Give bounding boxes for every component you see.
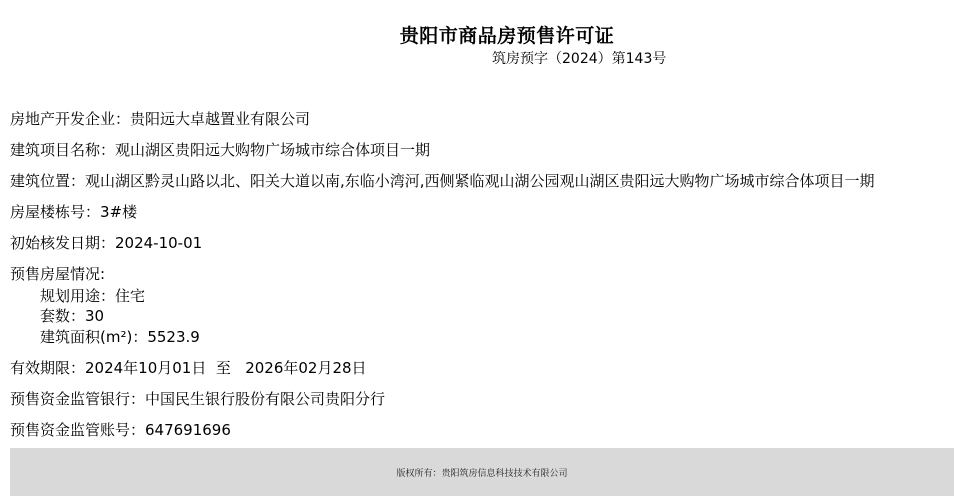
account-field: 预售资金监管账号：647691696 — [10, 419, 231, 440]
copyright-text: 版权所有：贵阳筑房信息科技技术有限公司 — [396, 466, 567, 479]
footer: 版权所有：贵阳筑房信息科技技术有限公司 — [10, 448, 954, 496]
permit-number: 筑房预字（2024）第143号 — [492, 48, 666, 68]
validity-field: 有效期限：2024年10月01日 至 2026年02月28日 — [10, 357, 367, 378]
building-number-field: 房屋楼栋号：3#楼 — [10, 201, 137, 222]
units-field: 套数：30 — [40, 305, 104, 326]
project-name-field: 建筑项目名称：观山湖区贵阳远大购物广场城市综合体项目一期 — [10, 139, 430, 160]
area-field: 建筑面积(m²)：5523.9 — [40, 326, 200, 347]
usage-field: 规划用途：住宅 — [40, 285, 145, 306]
developer-field: 房地产开发企业：贵阳远大卓越置业有限公司 — [10, 108, 310, 129]
location-field: 建筑位置：观山湖区黔灵山路以北、阳关大道以南,东临小湾河,西侧紧临观山湖公园观山… — [10, 170, 875, 191]
bank-field: 预售资金监管银行：中国民生银行股份有限公司贵阳分行 — [10, 388, 385, 409]
presale-heading: 预售房屋情况: — [10, 263, 105, 284]
page-title: 贵阳市商品房预售许可证 — [0, 21, 954, 48]
issue-date-field: 初始核发日期：2024-10-01 — [10, 232, 202, 253]
